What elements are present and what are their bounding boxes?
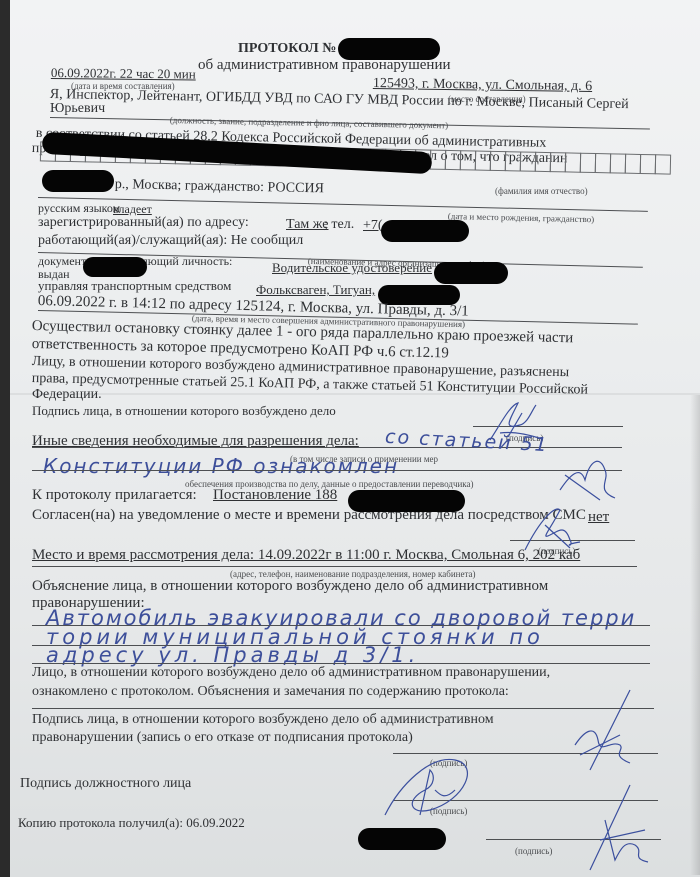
russian-label: русским языком (38, 200, 120, 216)
attached-label: К протоколу прилагается: (32, 487, 197, 503)
signature-refusal (550, 685, 650, 775)
birth-caption: (дата и место рождения, гражданство) (448, 208, 595, 227)
signature-other-info (555, 450, 625, 505)
name-caption: (фамилия имя отчество) (495, 183, 588, 199)
hearing-line: Место и время рассмотрения дела: 14.09.2… (32, 547, 580, 563)
id-value: Водительское удостоверение (272, 260, 432, 276)
attached-value: Постановление 188 (213, 487, 337, 503)
official-sign-label: Подпись должностного лица (20, 776, 191, 792)
acquainted-line-2: ознакомлено с протоколом. Объяснения и з… (32, 684, 509, 700)
work-line: работающий(ая)/служащий(ая): Не сообщил (38, 233, 303, 249)
refusal-line-2: правонарушении (запись о его отказе от п… (32, 730, 413, 746)
officer-line-2: Юрьевич (50, 101, 105, 117)
redaction (381, 220, 469, 242)
vehicle-label: управляя транспортным средством (38, 278, 231, 294)
registered-value: Там же (286, 217, 328, 233)
sms-label: Согласен(на) на уведомление о месте и вр… (32, 507, 586, 523)
paper-shadow (690, 395, 700, 875)
redaction (358, 828, 446, 850)
refusal-line-1: Подпись лица, в отношении которого возбу… (32, 712, 494, 728)
signature-copy-received (570, 780, 660, 875)
underline (32, 663, 650, 664)
birth-line: р., Москва; гражданство: РОССИЯ (115, 177, 324, 197)
copy-received: Копию протокола получил(а): 06.09.2022 (18, 815, 245, 831)
registered-label: зарегистрированный(ая) по адресу: (38, 215, 249, 231)
signature-official (380, 745, 500, 820)
redaction (434, 262, 508, 284)
protocol-page: ПРОТОКОЛ № 99 об административном правон… (10, 0, 700, 877)
vehicle-value: Фольксваген, Тигуан, (256, 282, 375, 298)
redaction (42, 170, 114, 192)
sign-person-label: Подпись лица, в отношении которого возбу… (32, 403, 336, 419)
handwritten-other-info-2: Конституции РФ ознакомлен (43, 454, 399, 478)
phone-value: +7( (363, 218, 383, 234)
redaction (83, 257, 147, 277)
protocol-title: ПРОТОКОЛ № 99 (238, 41, 354, 57)
rights-line-3: Федерации. (32, 387, 102, 403)
phone-label: ; тел. (324, 217, 354, 233)
underline (32, 470, 622, 471)
sms-value: нет (588, 509, 609, 525)
signature-caption: (подпись) (515, 843, 552, 859)
explanation-line-1: Объяснение лица, в отношении которого во… (32, 578, 548, 594)
acquainted-line-1: Лицо, в отношении которого возбуждено де… (32, 665, 550, 681)
protocol-subtitle: об административном правонарушении (198, 57, 451, 73)
